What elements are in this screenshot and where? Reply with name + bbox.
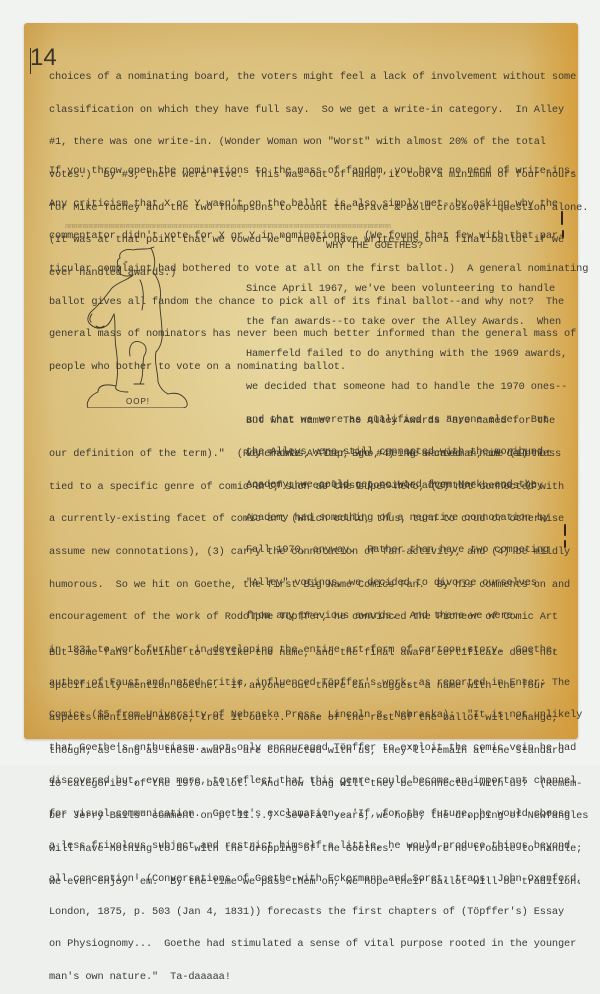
text-line: aspects mentioned above, trot it out... … [49, 713, 588, 724]
text-line: the fan awards--to take over the Alley A… [246, 317, 567, 328]
text-line: Since April 1967, we've been volunteerin… [246, 284, 567, 295]
text-line: humorous. So we hit on Goethe, the first… [49, 580, 582, 591]
section-separator: mmmmmmmmmmmmmmmmmmmmmmmmmmmmmmmmmmmmmmmm… [65, 224, 465, 230]
text-line: But some fans continue to dislike the na… [49, 648, 588, 659]
text-line: tied to a specific genre of comic art, s… [49, 482, 582, 493]
statue-caption: OOP! [126, 397, 150, 406]
text-line: encouragement of the work of Rodolphe Tö… [49, 612, 582, 623]
text-line: a currently-existing facet of comic art … [49, 514, 582, 525]
text-line: specifically mention Goethe. If anyone o… [49, 681, 588, 692]
section-heading: WHY THE GOETHES? [326, 240, 423, 252]
text-line: classification on which they have full s… [49, 105, 588, 116]
text-line: If you throw open the nominations to the… [49, 166, 588, 177]
text-line: Hamerfeld failed to do anything with the… [246, 349, 567, 360]
paragraph-dislike-name: But some fans continue to dislike the na… [49, 626, 588, 765]
text-line: Any criticism that X or Y wasn't on the … [49, 199, 588, 210]
text-line: though; as long as these awards are conn… [49, 746, 588, 757]
alley-oop-statue-drawing: OOP! [78, 244, 196, 408]
text-line: commentator didn't vote for X or Y in no… [49, 231, 588, 242]
text-line: we decided that someone had to handle th… [246, 382, 567, 393]
text-line: assume new connotations), (3) carry the … [49, 547, 582, 558]
text-line: our definition of the term)." (Roy Thoma… [49, 449, 582, 460]
text-line: choices of a nominating board, the voter… [49, 72, 588, 83]
text-line: But what name? The Alley Awards "are nam… [246, 416, 561, 427]
